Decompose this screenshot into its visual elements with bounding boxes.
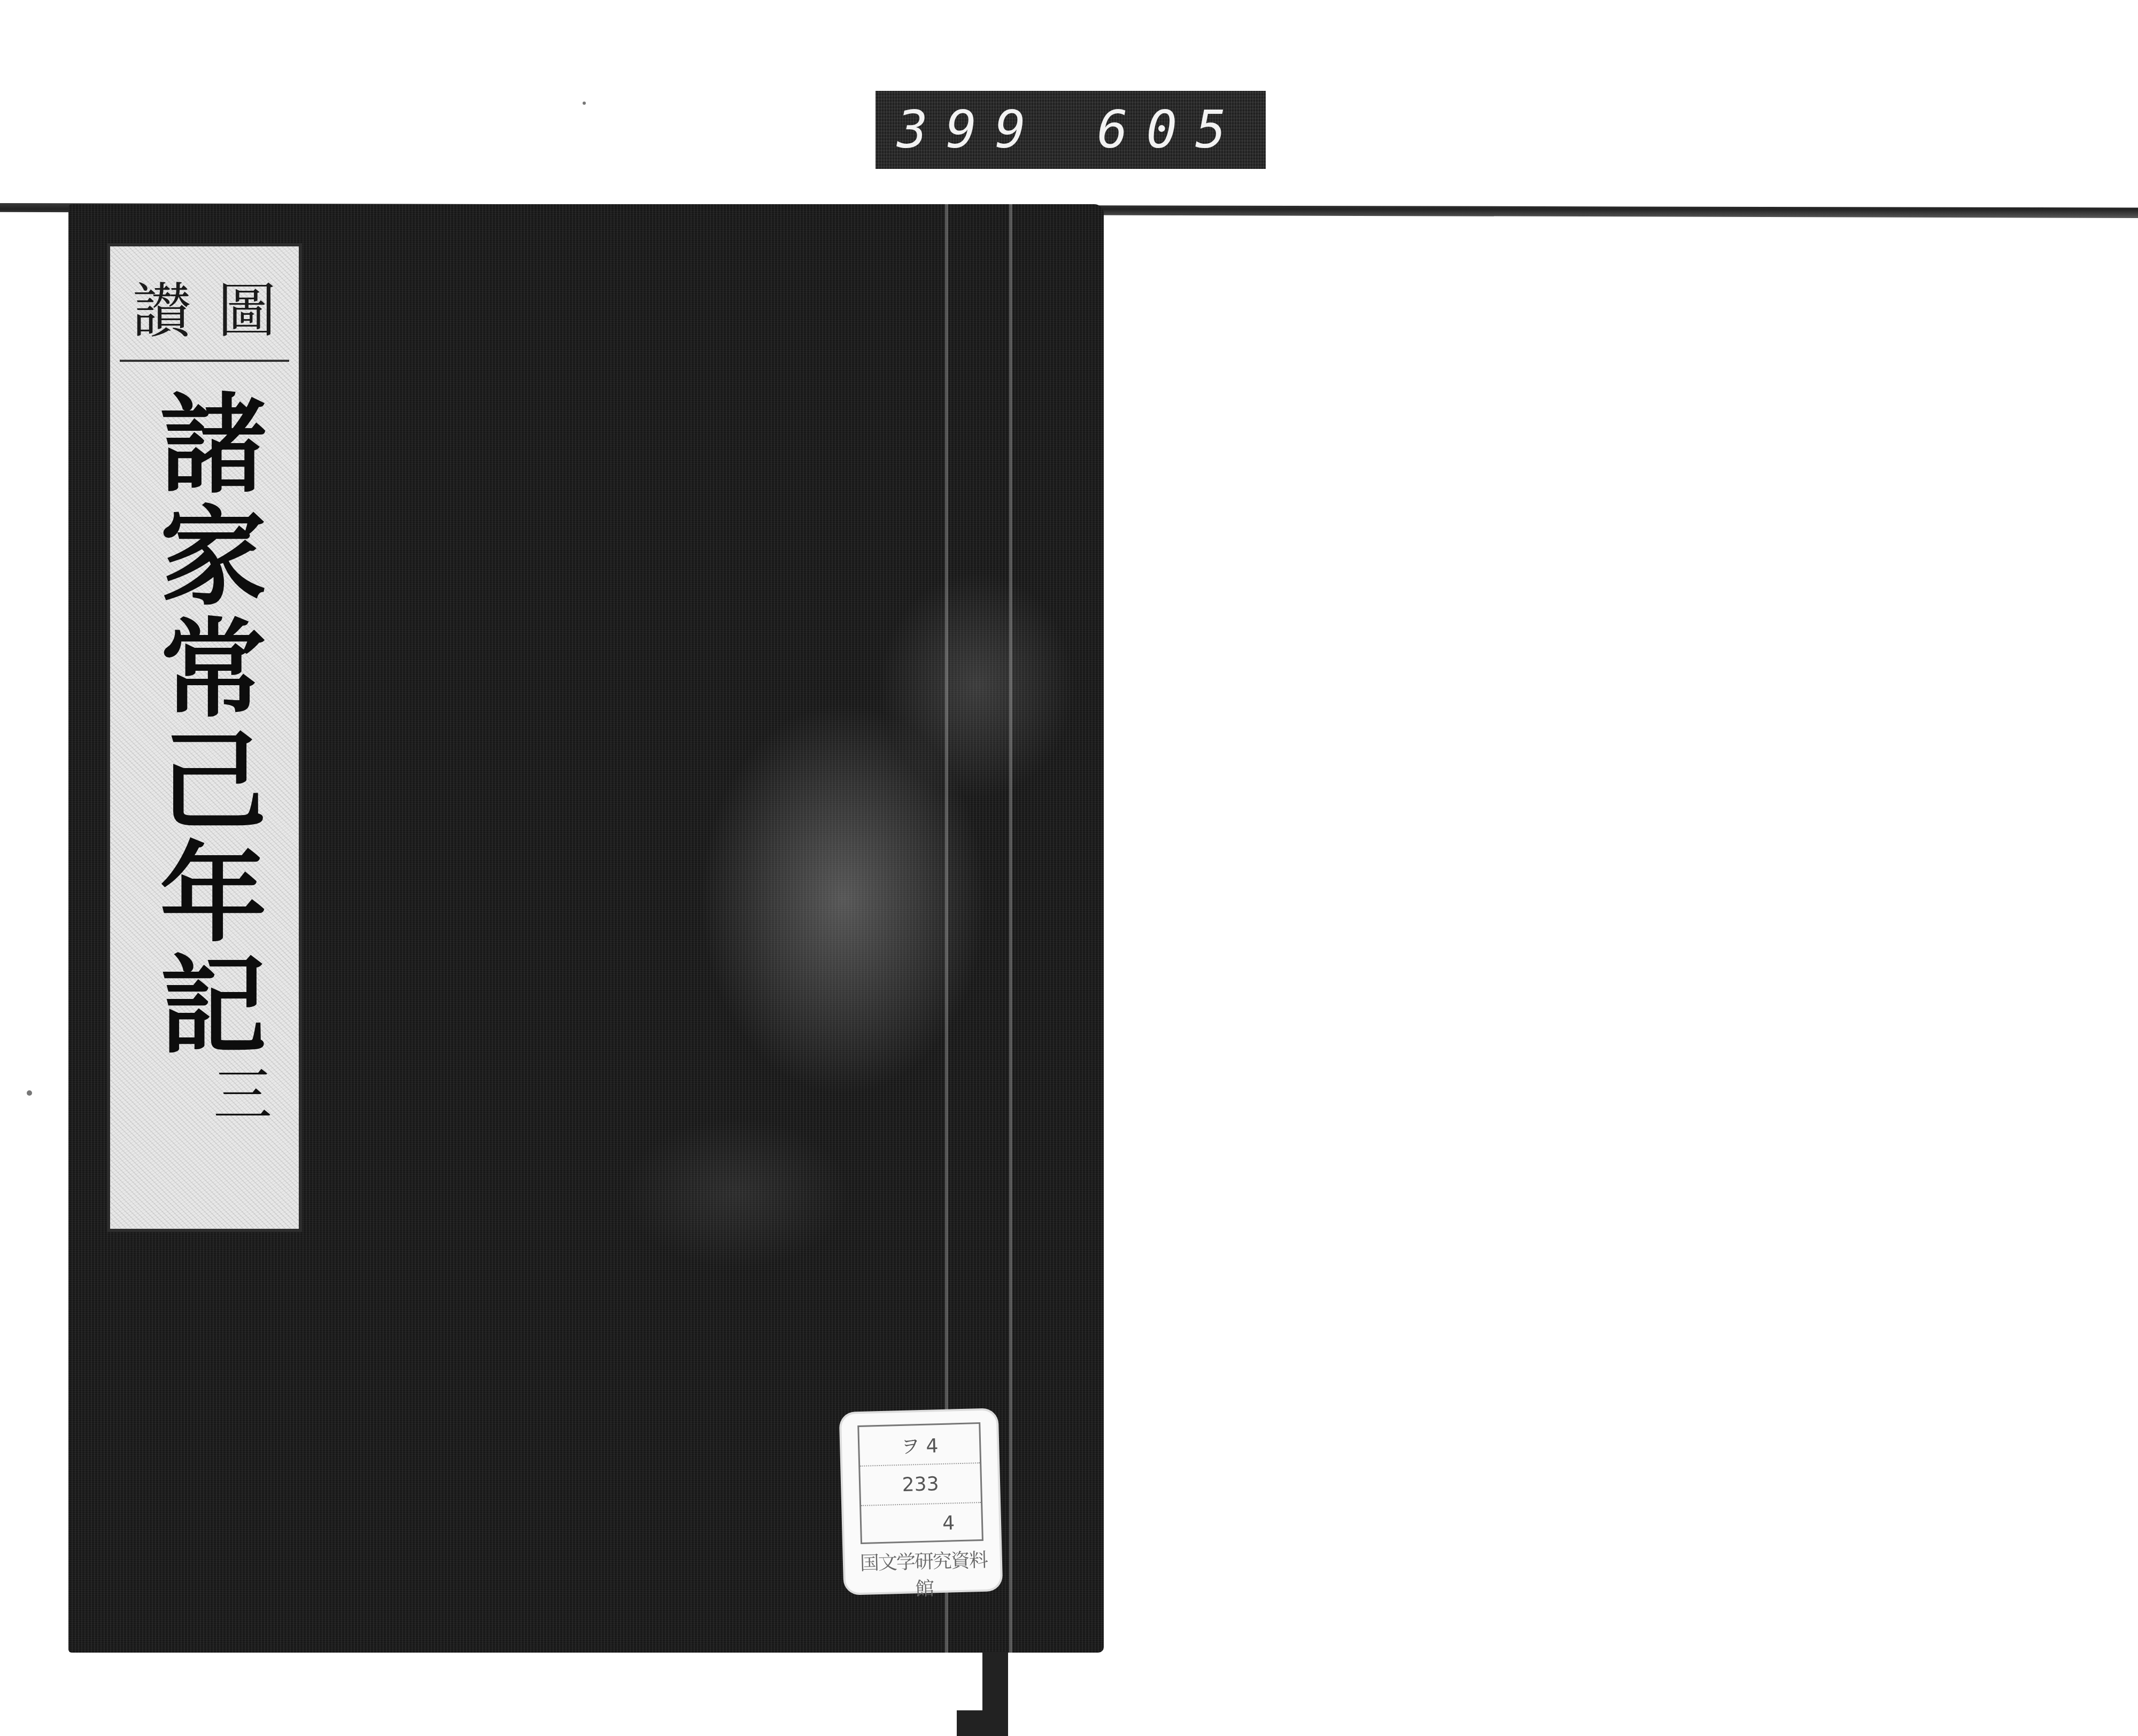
book-title: 諸家常己年記 [110,369,299,1080]
book-cover: 圖 讃 諸家常己年記 三 ヲ 4 233 4 国文学研究資料館 [68,204,1104,1653]
title-slip-header: 圖 讃 [120,253,289,362]
title-slip: 圖 讃 諸家常己年記 三 [107,243,302,1232]
reel-number: 399 [897,100,1044,160]
binding-tab [957,1710,1008,1736]
scan-speck [583,102,586,105]
binding-line [1009,204,1012,1653]
call-number-row: ヲ 4 [859,1424,980,1467]
call-number-row: 233 [860,1463,981,1506]
header-char: 讃 [133,264,191,348]
header-char: 圖 [218,264,276,348]
scan-speck [27,1090,32,1096]
library-call-number-label: ヲ 4 233 4 国文学研究資料館 [841,1410,1001,1593]
call-number-row: 4 [861,1503,982,1545]
call-number-box: ヲ 4 233 4 [857,1422,983,1544]
institution-name: 国文学研究資料館 [854,1545,994,1603]
frame-number: 605 [1097,100,1244,160]
microfilm-frame-counter: 399 605 [876,91,1266,169]
volume-number: 三 [213,1048,272,1133]
